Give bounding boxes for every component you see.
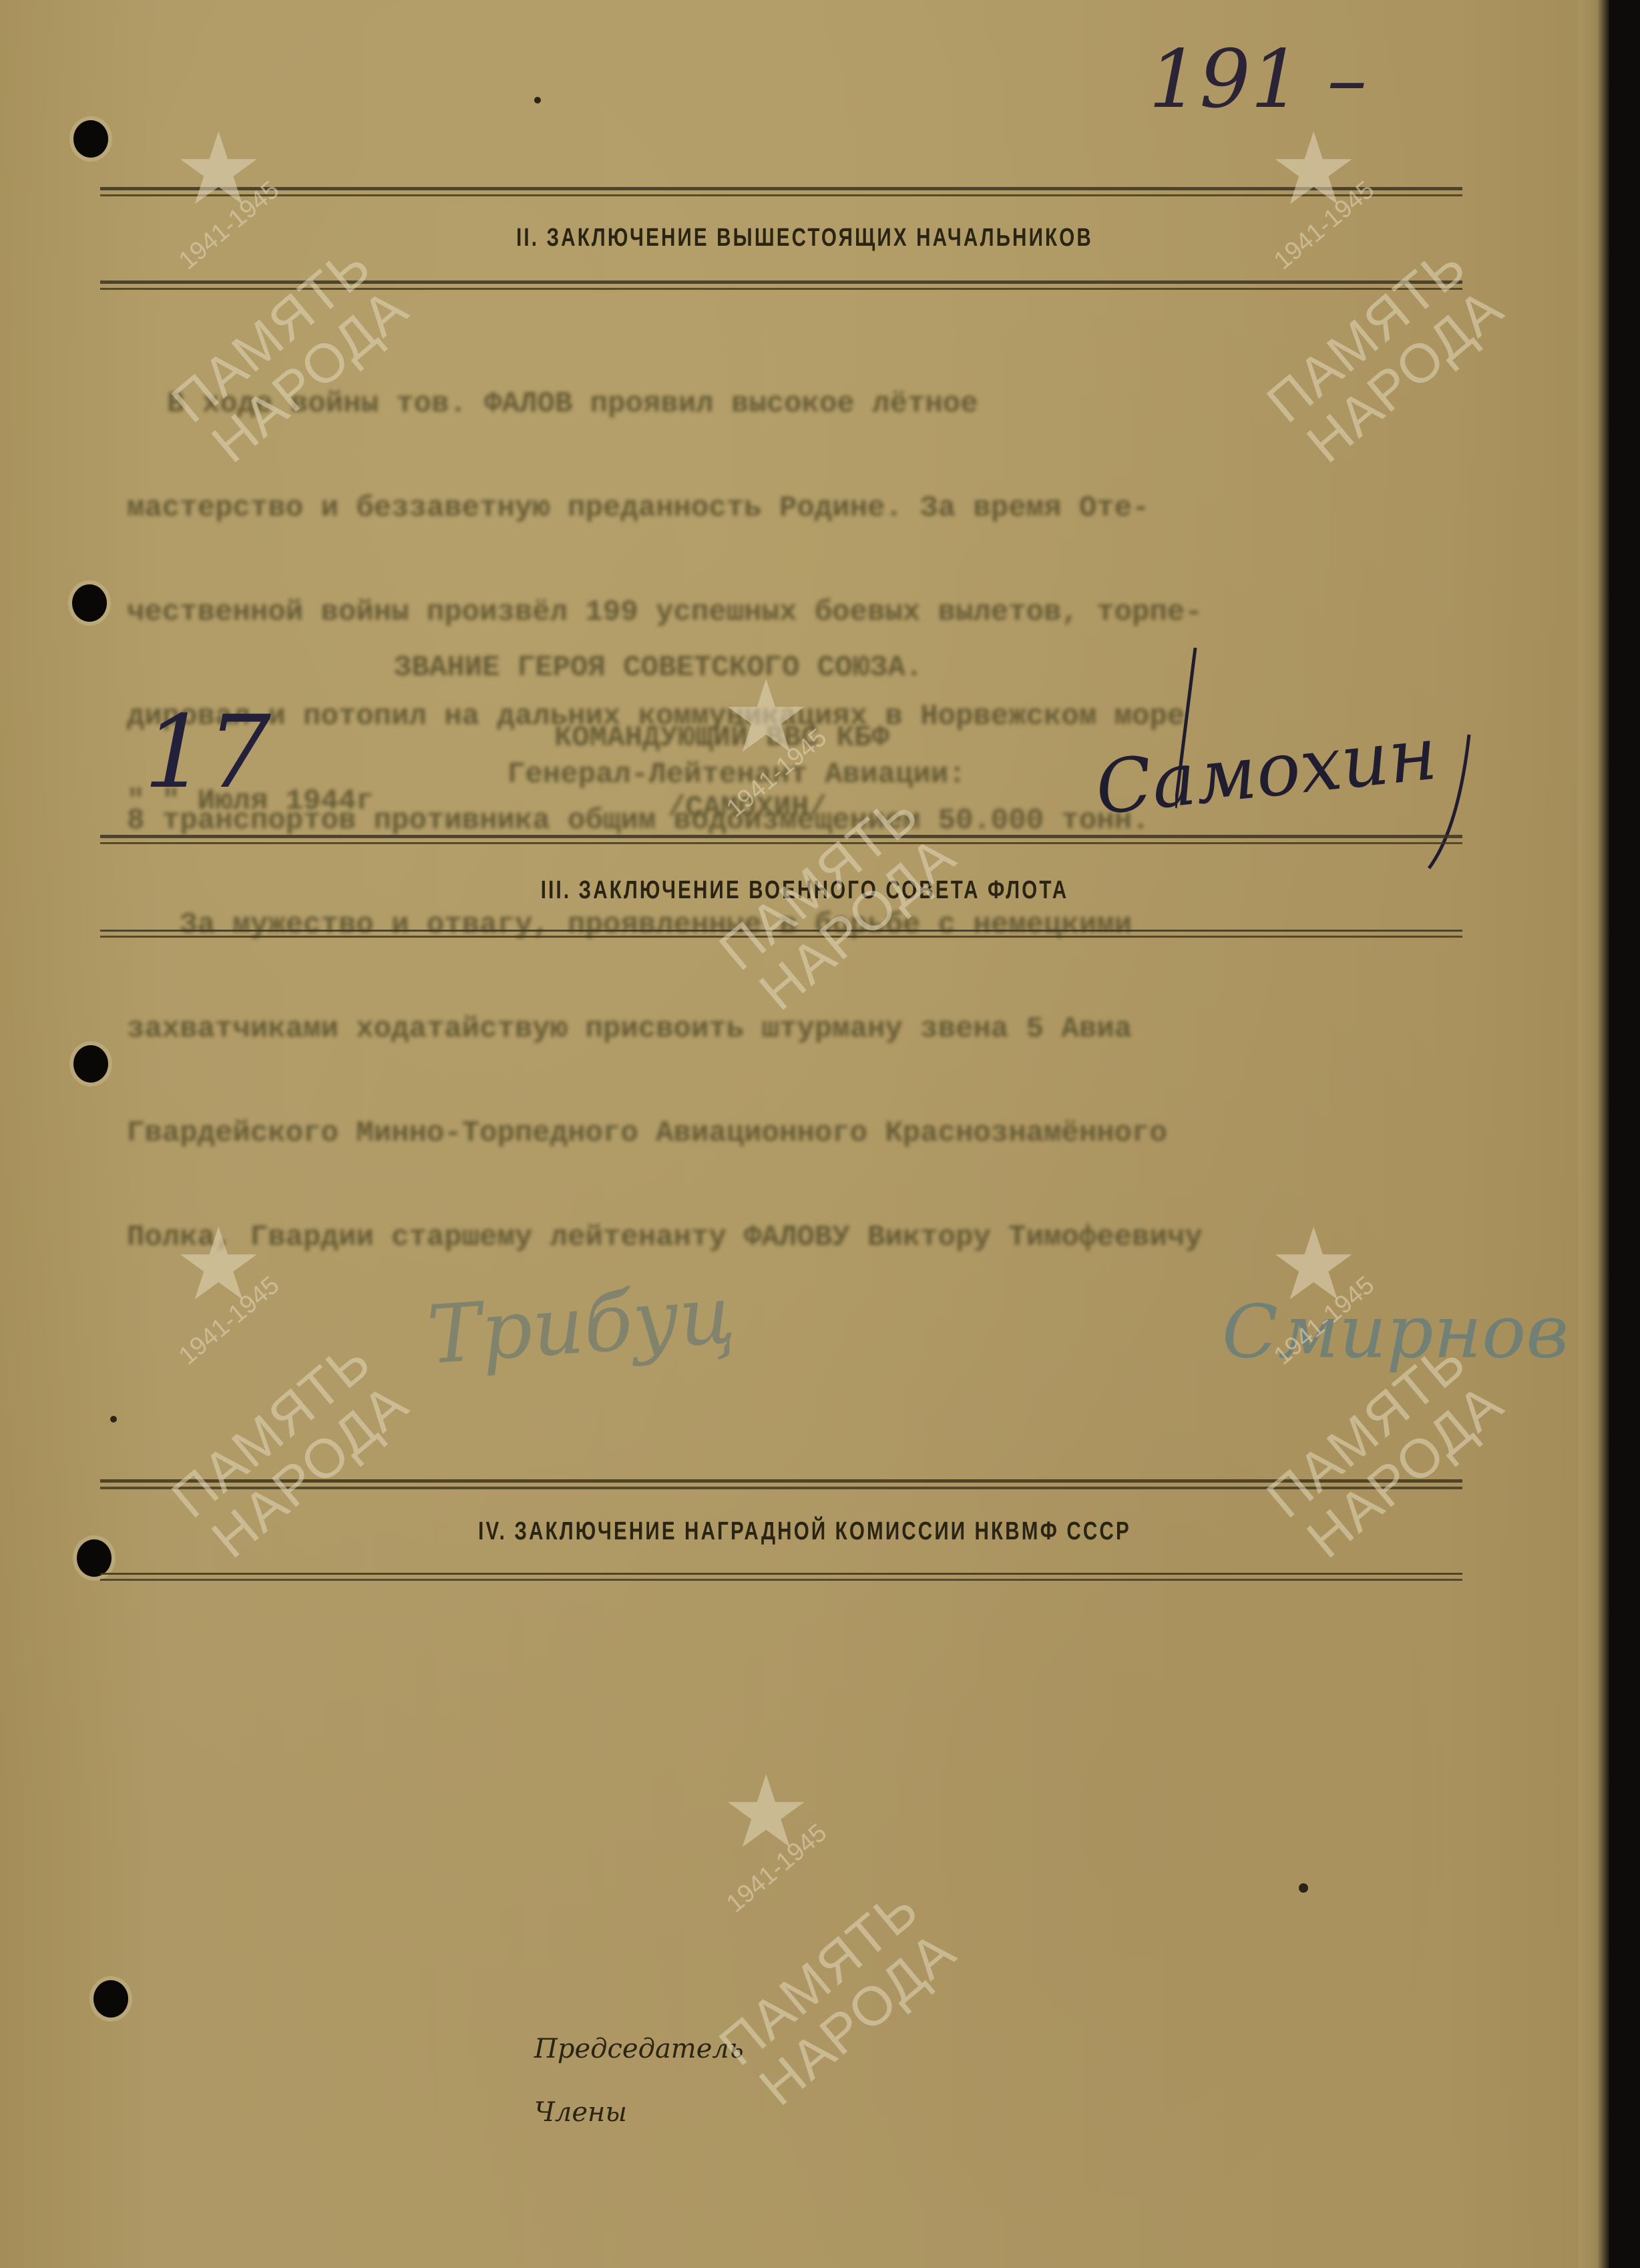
- ink-dot: [110, 1416, 117, 1423]
- section-title-award-commission: IV. ЗАКЛЮЧЕНИЕ НАГРАДНОЙ КОМИССИИ НКВМФ …: [177, 1517, 1432, 1546]
- award-line: ЗВАНИЕ ГЕРОЯ СОВЕТСКОГО СОЮЗА.: [394, 651, 923, 685]
- punch-hole: [72, 584, 107, 622]
- ink-dot: [534, 97, 541, 104]
- section-rule: [100, 1479, 1462, 1489]
- section-rule: [100, 187, 1462, 196]
- text-line: Гвардейского Минно-Торпедного Авиационно…: [127, 1116, 1516, 1151]
- signer-title-line1: КОМАНДУЮЩИЙ ВВС КБФ: [554, 721, 889, 755]
- watermark: ★ 1941-1945 ПАМЯТЬ НАРОДА: [708, 1763, 988, 2044]
- section-rule: [100, 280, 1462, 290]
- members-label: Члены: [534, 2097, 627, 2128]
- ink-dot: [1299, 1883, 1308, 1893]
- document-page: 191 – II. ЗАКЛЮЧЕНИЕ ВЫШЕСТОЯЩИХ НАЧАЛЬН…: [0, 0, 1609, 2268]
- signer-name: /САМОХИН/: [668, 791, 827, 825]
- page-edge: [1579, 0, 1609, 2268]
- section-title-military-council: III. ЗАКЛЮЧЕНИЕ ВОЕННОГО СОВЕТА ФЛОТА: [177, 876, 1432, 905]
- page-number: 191 –: [1149, 33, 1367, 126]
- punch-hole: [73, 1045, 108, 1083]
- punch-hole: [93, 1980, 128, 2018]
- section-rule: [100, 835, 1462, 844]
- text-line: мастерство и беззаветную преданность Род…: [127, 491, 1516, 526]
- date-day-handwritten: 17: [144, 695, 271, 811]
- star-icon: ★: [721, 1763, 811, 1863]
- star-icon: ★: [174, 120, 263, 220]
- section-title-superiors: II. ЗАКЛЮЧЕНИЕ ВЫШЕСТОЯЩИХ НАЧАЛЬНИКОВ: [177, 224, 1432, 252]
- text-line: В ходе войны тов. ФАЛОВ проявил высокое …: [127, 387, 1516, 421]
- text-line: чественной войны произвёл 199 успешных б…: [127, 595, 1516, 630]
- pencil-signature-right: Смирнов: [1222, 1289, 1569, 1374]
- chairman-label: Председатель: [534, 2034, 744, 2064]
- section-rule: [100, 930, 1462, 938]
- punch-hole: [77, 1539, 112, 1577]
- punch-hole: [73, 120, 108, 158]
- text-line: захватчиками ходатайствую присвоить штур…: [127, 1012, 1516, 1047]
- star-icon: ★: [1269, 120, 1358, 220]
- text-line: Полка, Гвардии старшему лейтенанту ФАЛОВ…: [127, 1220, 1516, 1255]
- section-rule: [100, 1573, 1462, 1581]
- signer-title-line2: Генерал-Лейтенант Авиации:: [507, 758, 966, 791]
